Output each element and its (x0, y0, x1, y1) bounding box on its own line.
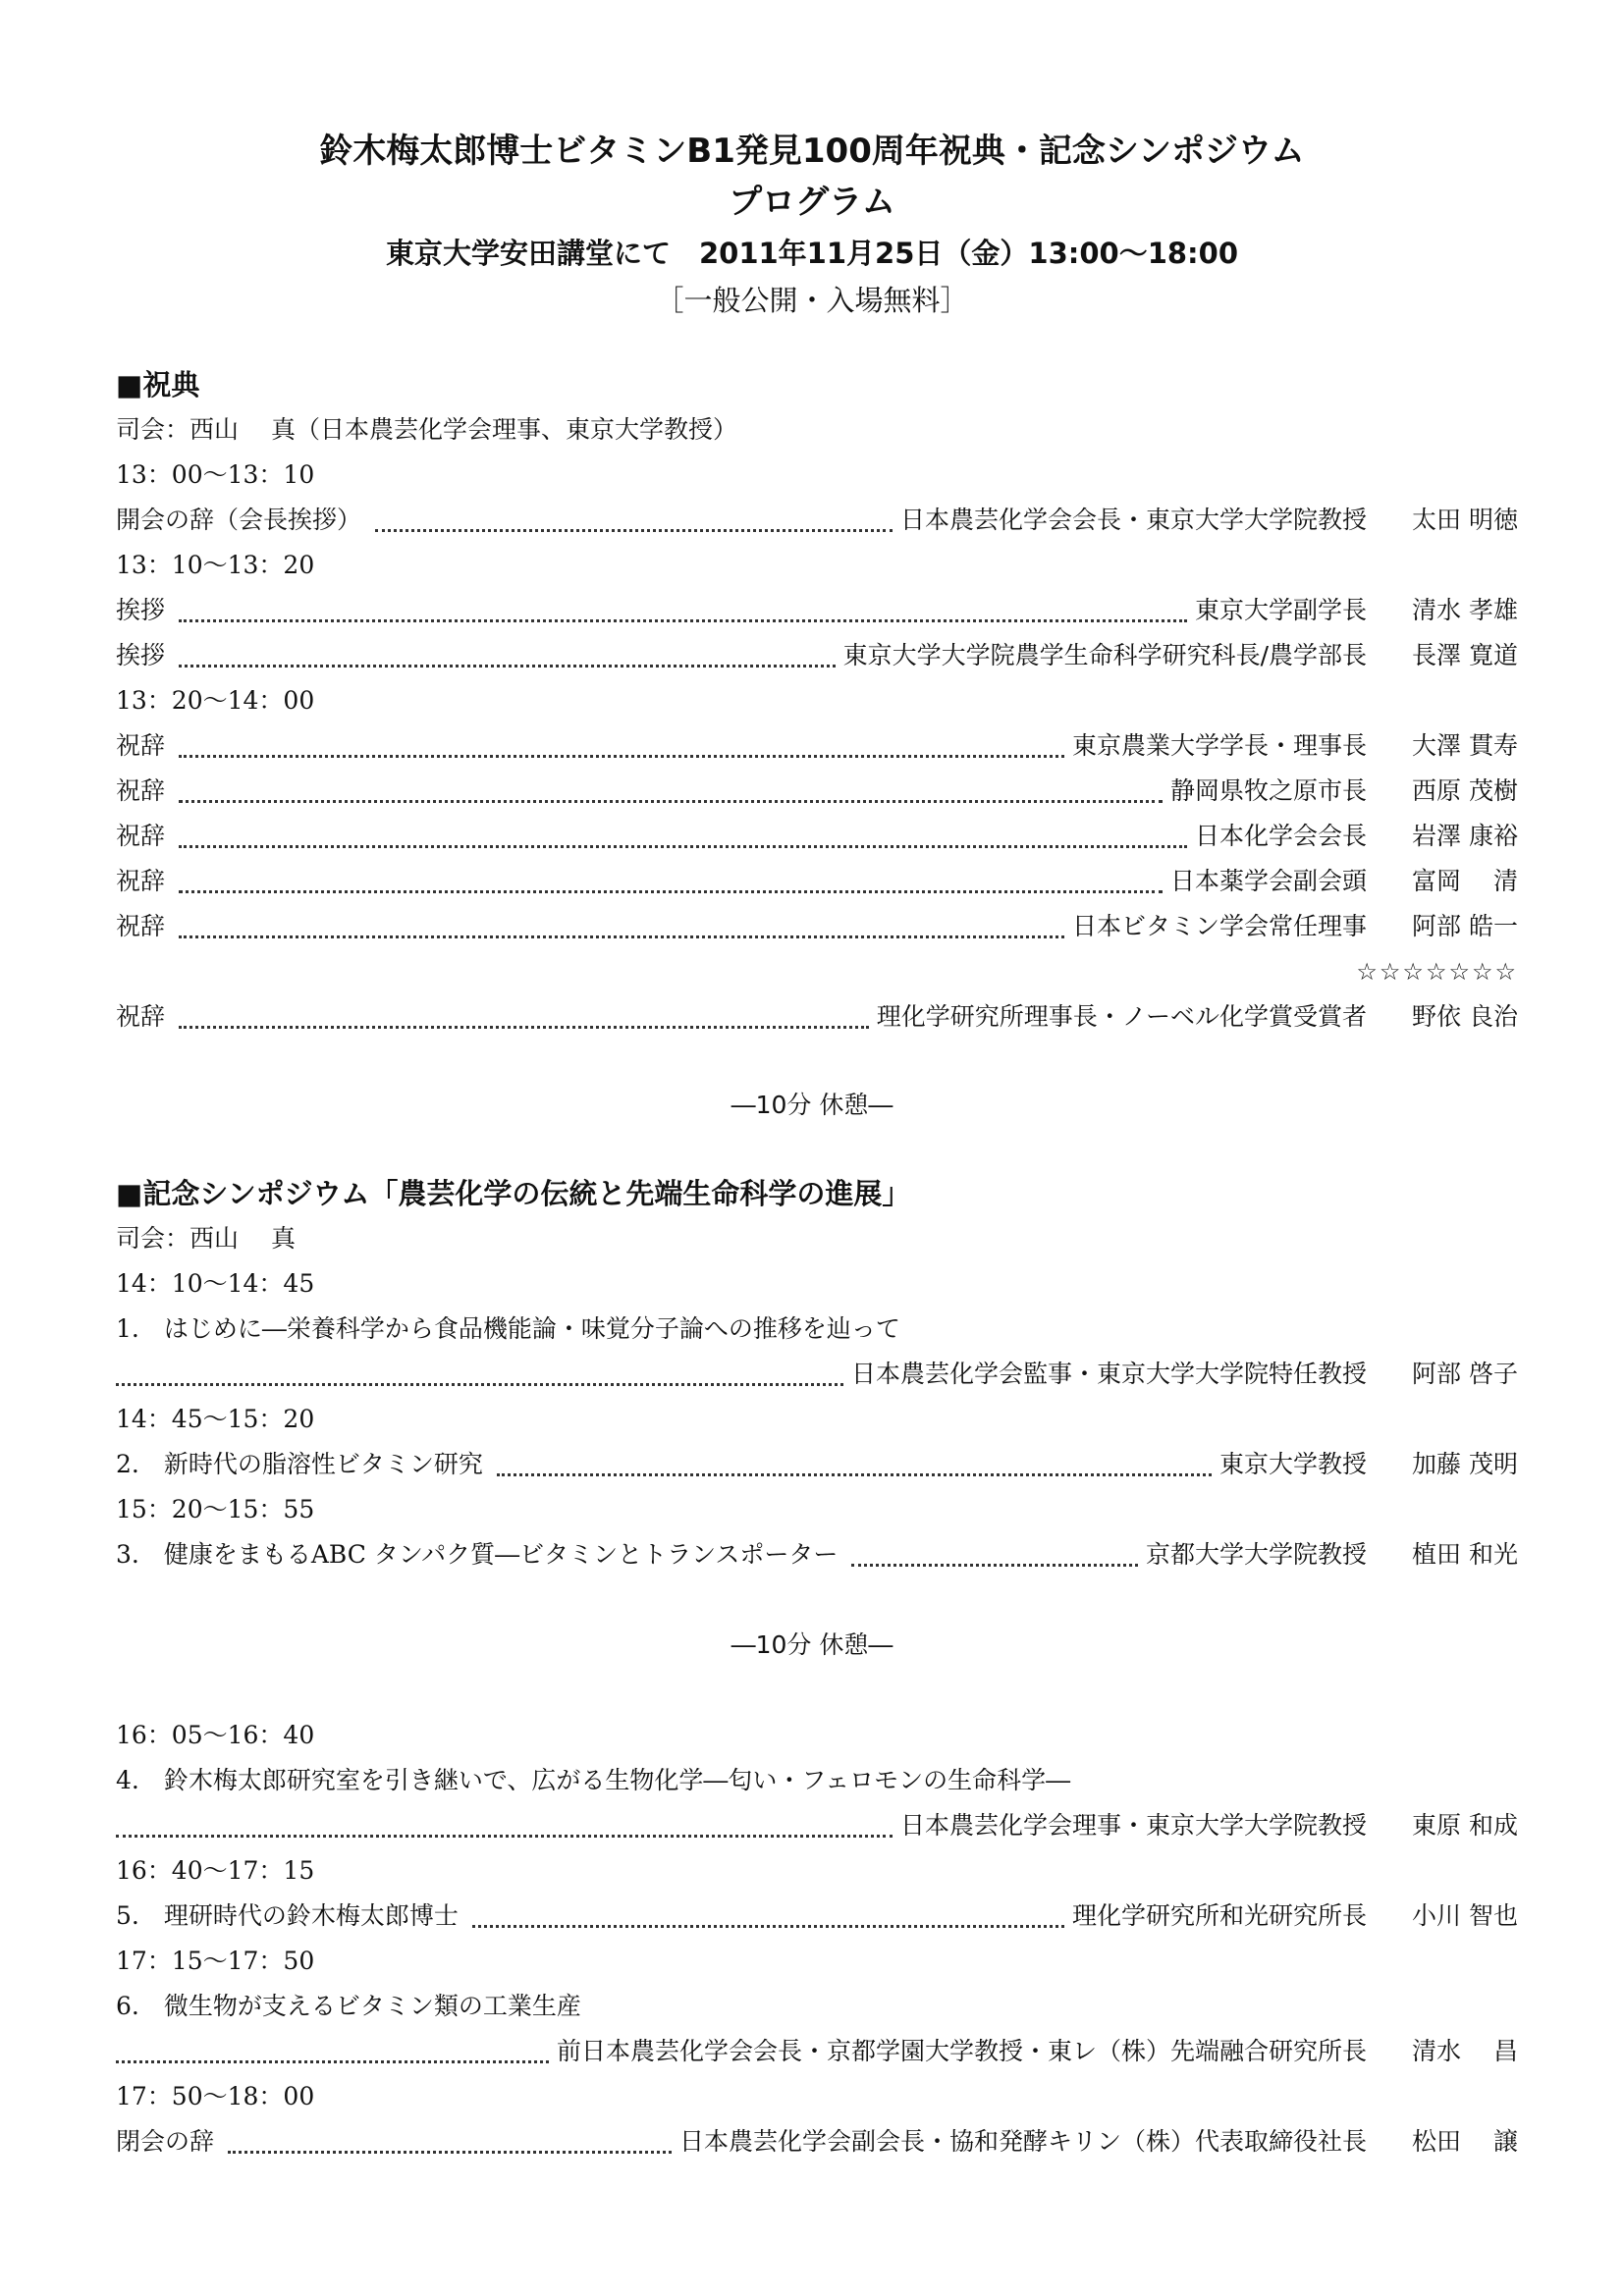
dot-leader (472, 1925, 1064, 1928)
program-row: 祝辞 日本ビタミン学会常任理事 阿部 皓一 (116, 907, 1518, 946)
speaker-affiliation: 日本農芸化学会副会長・協和発酵キリン（株）代表取締役社長 (679, 2122, 1367, 2162)
speaker-name: 阿部 皓一 (1392, 907, 1518, 946)
speaker-name: 大澤 貫寿 (1392, 726, 1518, 766)
speaker-name: 加藤 茂明 (1392, 1445, 1518, 1484)
section-heading-symposium: ■記念シンポジウム「農芸化学の伝統と先端生命科学の進展」 (116, 1174, 910, 1213)
speaker-name: 清水 孝雄 (1392, 591, 1518, 630)
speaker-affiliation: 東京農業大学学長・理事長 (1072, 726, 1367, 766)
document-title: 鈴木梅太郎博士ビタミンB1発見100周年祝典・記念シンポジウム (0, 126, 1624, 177)
talk-title: 5. 理研時代の鈴木梅太郎博士 (116, 1896, 472, 1936)
speaker-name: 長澤 寛道 (1392, 636, 1518, 675)
dot-leader (179, 755, 1064, 758)
venue-date: 東京大学安田講堂にて 2011年11月25日（金）13:00～18:00 (0, 230, 1624, 277)
dot-leader (179, 800, 1163, 803)
speaker-name: 富岡 清 (1392, 862, 1518, 901)
speaker-name: 東原 和成 (1392, 1806, 1518, 1845)
speaker-affiliation: 日本薬学会副会頭 (1170, 862, 1367, 901)
program-row: 3. 健康をまもるABC タンパク質―ビタミンとトランスポーター 京都大学大学院… (116, 1535, 1518, 1575)
timeslot: 13：20～14：00 (116, 681, 1518, 721)
speaker-name: 岩澤 康裕 (1392, 817, 1518, 856)
program-row: 祝辞 日本薬学会副会頭 富岡 清 (116, 862, 1518, 901)
speaker-name: 小川 智也 (1392, 1896, 1518, 1936)
program-row: 開会の辞（会長挨拶） 日本農芸化学会会長・東京大学大学院教授 太田 明徳 (116, 501, 1518, 540)
section-heading-ceremony: ■祝典 (116, 365, 199, 404)
timeslot: 15：20～15：55 (116, 1490, 1518, 1529)
talk-title: 4. 鈴木梅太郎研究室を引き継いで、広がる生物化学―匂い・フェロモンの生命科学― (116, 1761, 1518, 1800)
dot-leader (851, 1564, 1138, 1567)
speaker-affiliation: 理化学研究所和光研究所長 (1072, 1896, 1367, 1936)
document-subtitle: プログラム (0, 177, 1624, 228)
program-row: 挨拶 東京大学大学院農学生命科学研究科長/農学部長 長澤 寛道 (116, 636, 1518, 675)
speaker-name: 西原 茂樹 (1392, 772, 1518, 811)
timeslot: 17：15～17：50 (116, 1942, 1518, 1981)
item-label: 祝辞 (116, 772, 179, 811)
speaker-affiliation: 日本ビタミン学会常任理事 (1072, 907, 1367, 946)
talk-title: 1. はじめに―栄養科学から食品機能論・味覚分子論への推移を辿って (116, 1309, 1518, 1349)
admission-note: ［一般公開・入場無料］ (0, 277, 1624, 324)
star-divider: ☆☆☆☆☆☆☆ (1356, 952, 1518, 991)
speaker-name: 阿部 啓子 (1392, 1355, 1518, 1394)
timeslot: 17：50～18：00 (116, 2077, 1518, 2116)
timeslot: 16：05～16：40 (116, 1716, 1518, 1755)
speaker-affiliation: 京都大学大学院教授 (1146, 1535, 1367, 1575)
item-label: 祝辞 (116, 726, 179, 766)
dot-leader (116, 1383, 843, 1386)
speaker-affiliation: 日本農芸化学会監事・東京大学大学院特任教授 (851, 1355, 1367, 1394)
program-row: 前日本農芸化学会会長・京都学園大学教授・東レ（株）先端融合研究所長 清水 昌 (116, 2032, 1518, 2071)
ceremony-chair: 司会：西山 真（日本農芸化学会理事、東京大学教授） (116, 410, 1518, 450)
symposium-chair: 司会：西山 真 (116, 1219, 1518, 1258)
speaker-affiliation: 東京大学副学長 (1195, 591, 1367, 630)
dot-leader (179, 619, 1187, 622)
item-label: 祝辞 (116, 997, 179, 1037)
program-row: 祝辞 静岡県牧之原市長 西原 茂樹 (116, 772, 1518, 811)
talk-title: 3. 健康をまもるABC タンパク質―ビタミンとトランスポーター (116, 1535, 851, 1575)
speaker-affiliation: 東京大学大学院農学生命科学研究科長/農学部長 (843, 636, 1367, 675)
speaker-name: 太田 明徳 (1392, 501, 1518, 540)
program-row: 日本農芸化学会監事・東京大学大学院特任教授 阿部 啓子 (116, 1355, 1518, 1394)
break-notice: ―10分 休憩― (0, 1626, 1624, 1665)
dot-leader (116, 2060, 549, 2063)
program-row: 祝辞 東京農業大学学長・理事長 大澤 貫寿 (116, 726, 1518, 766)
speaker-affiliation: 前日本農芸化学会会長・京都学園大学教授・東レ（株）先端融合研究所長 (557, 2032, 1367, 2071)
dot-leader (375, 529, 893, 532)
item-label: 祝辞 (116, 907, 179, 946)
dot-leader (497, 1473, 1212, 1476)
talk-title: 6. 微生物が支えるビタミン類の工業生産 (116, 1987, 1518, 2026)
program-row: 閉会の辞 日本農芸化学会副会長・協和発酵キリン（株）代表取締役社長 松田 譲 (116, 2122, 1518, 2162)
dot-leader (179, 665, 836, 667)
program-row: 祝辞 日本化学会会長 岩澤 康裕 (116, 817, 1518, 856)
item-label: 祝辞 (116, 817, 179, 856)
timeslot: 13：10～13：20 (116, 546, 1518, 585)
timeslot: 14：10～14：45 (116, 1264, 1518, 1304)
dot-leader (179, 845, 1187, 848)
item-label: 開会の辞（会長挨拶） (116, 501, 375, 540)
program-row: 挨拶 東京大学副学長 清水 孝雄 (116, 591, 1518, 630)
speaker-name: 植田 和光 (1392, 1535, 1518, 1575)
timeslot: 13：00～13：10 (116, 455, 1518, 495)
talk-title: 2. 新時代の脂溶性ビタミン研究 (116, 1445, 497, 1484)
dot-leader (179, 1026, 869, 1029)
dot-leader (116, 1835, 893, 1838)
item-label: 挨拶 (116, 591, 179, 630)
program-row: 日本農芸化学会理事・東京大学大学院教授 東原 和成 (116, 1806, 1518, 1845)
speaker-affiliation: 日本化学会会長 (1195, 817, 1367, 856)
dot-leader (179, 935, 1064, 938)
item-label: 閉会の辞 (116, 2122, 228, 2162)
speaker-name: 野依 良治 (1392, 997, 1518, 1037)
program-row: 2. 新時代の脂溶性ビタミン研究 東京大学教授 加藤 茂明 (116, 1445, 1518, 1484)
speaker-affiliation: 日本農芸化学会理事・東京大学大学院教授 (900, 1806, 1367, 1845)
dot-leader (179, 890, 1163, 893)
speaker-affiliation: 東京大学教授 (1219, 1445, 1367, 1484)
speaker-name: 松田 譲 (1392, 2122, 1518, 2162)
break-notice: ―10分 休憩― (0, 1086, 1624, 1125)
speaker-affiliation: 日本農芸化学会会長・東京大学大学院教授 (900, 501, 1367, 540)
item-label: 挨拶 (116, 636, 179, 675)
document-header: 鈴木梅太郎博士ビタミンB1発見100周年祝典・記念シンポジウム プログラム 東京… (0, 126, 1624, 324)
dot-leader (228, 2151, 672, 2154)
program-row: 5. 理研時代の鈴木梅太郎博士 理化学研究所和光研究所長 小川 智也 (116, 1896, 1518, 1936)
timeslot: 16：40～17：15 (116, 1851, 1518, 1891)
program-row: 祝辞 理化学研究所理事長・ノーベル化学賞受賞者 野依 良治 (116, 997, 1518, 1037)
speaker-affiliation: 理化学研究所理事長・ノーベル化学賞受賞者 (877, 997, 1367, 1037)
speaker-name: 清水 昌 (1392, 2032, 1518, 2071)
speaker-affiliation: 静岡県牧之原市長 (1170, 772, 1367, 811)
timeslot: 14：45～15：20 (116, 1400, 1518, 1439)
item-label: 祝辞 (116, 862, 179, 901)
